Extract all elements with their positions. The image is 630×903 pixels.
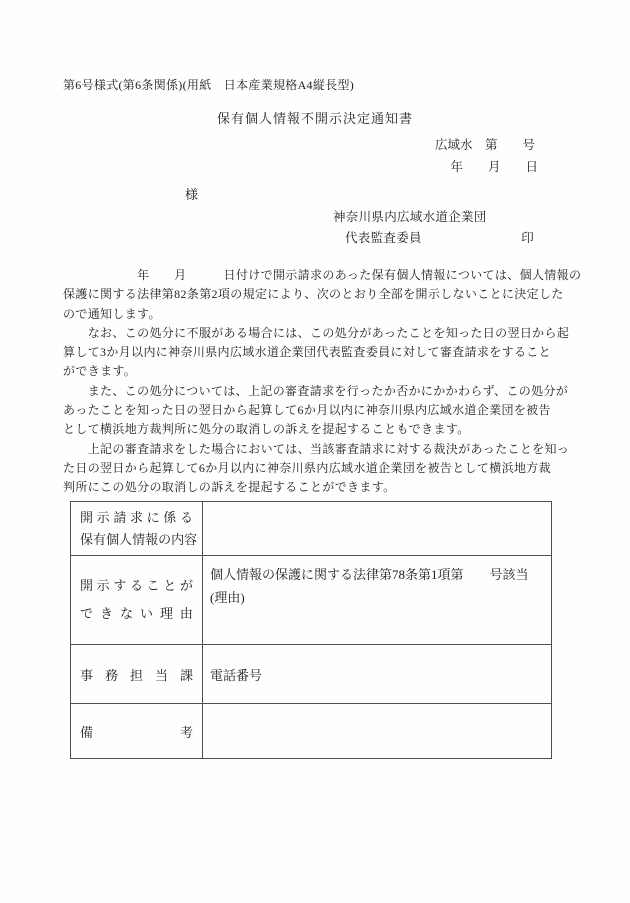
sender-title-line: 代表監査委員 印 (345, 228, 534, 246)
body-line: あったことを知った日の翌日から起算して6か月以内に神奈川県内広域水道企業団を被告 (63, 401, 569, 420)
body-line: 年 月 日付けで開示請求のあった保有個人情報については、個人情報の (63, 266, 569, 285)
body-text: 年 月 日付けで開示請求のあった保有個人情報については、個人情報の 保護に関する… (63, 266, 569, 498)
value-cell-remarks (203, 704, 552, 759)
sender-title: 代表監査委員 (345, 228, 422, 246)
body-line: 上記の審査請求をした場合においては、当該審査請求に対する裁決があったことを知っ (63, 440, 569, 459)
body-line: 算して3か月以内に神奈川県内広域水道企業団代表監査委員に対して審査請求をすること (63, 343, 569, 362)
body-line: なお、この処分に不服がある場合には、この処分があったことを知った日の翌日から起 (63, 324, 569, 343)
body-line: た日の翌日から起算して6か月以内に神奈川県内広域水道企業団を被告として横浜地方裁 (63, 459, 569, 478)
sender-organization: 神奈川県内広域水道企業団 (333, 207, 487, 225)
label-cell-remarks: 備考 (71, 704, 203, 759)
document-title: 保有個人情報不開示決定通知書 (0, 108, 630, 127)
body-line: として横浜地方裁判所に処分の取消しの訴えを提起することもできます。 (63, 420, 569, 439)
table-row-contact-section: 事務担当課 電話番号 (71, 645, 552, 704)
legal-basis-line: 個人情報の保護に関する法律第78条第1項第 号該当 (210, 563, 551, 586)
label-cell-contact-section: 事務担当課 (71, 645, 203, 704)
issue-date-line: 年 月 日 (450, 157, 538, 175)
body-line: ができます。 (63, 362, 569, 381)
label-cell-request-content: 開示請求に係る 保有個人情報の内容 (71, 502, 203, 556)
body-line: 判所にこの処分の取消しの訴えを提起することができます。 (63, 478, 569, 497)
label-cell-nondisclosure-reason: 開示することが できない理由 (71, 556, 203, 645)
addressee-honorific: 様 (185, 184, 198, 203)
value-cell-nondisclosure-reason: 個人情報の保護に関する法律第78条第1項第 号該当 (理由) (203, 556, 552, 645)
info-table: 開示請求に係る 保有個人情報の内容 開示することが できない理由 個人情報の保護… (70, 501, 552, 759)
value-cell-request-content (203, 502, 552, 556)
seal-mark: 印 (521, 228, 534, 246)
value-cell-contact-section: 電話番号 (203, 645, 552, 704)
phone-number-label: 電話番号 (210, 665, 551, 684)
table-row-remarks: 備考 (71, 704, 552, 759)
body-line: また、この処分については、上記の審査請求を行ったか否かにかかわらず、この処分が (63, 382, 569, 401)
document-number-line: 広域水 第 号 (435, 135, 535, 153)
document-page: 第6号様式(第6条関係)(用紙 日本産業規格A4縦長型) 保有個人情報不開示決定… (0, 0, 630, 903)
body-line: ので通知します。 (63, 305, 569, 324)
table-row-request-content: 開示請求に係る 保有個人情報の内容 (71, 502, 552, 556)
reason-placeholder: (理由) (210, 586, 551, 609)
body-line: 保護に関する法律第82条第2項の規定により、次のとおり全部を開示しないことに決定… (63, 285, 569, 304)
table-row-nondisclosure-reason: 開示することが できない理由 個人情報の保護に関する法律第78条第1項第 号該当… (71, 556, 552, 645)
form-number: 第6号様式(第6条関係)(用紙 日本産業規格A4縦長型) (63, 76, 354, 93)
